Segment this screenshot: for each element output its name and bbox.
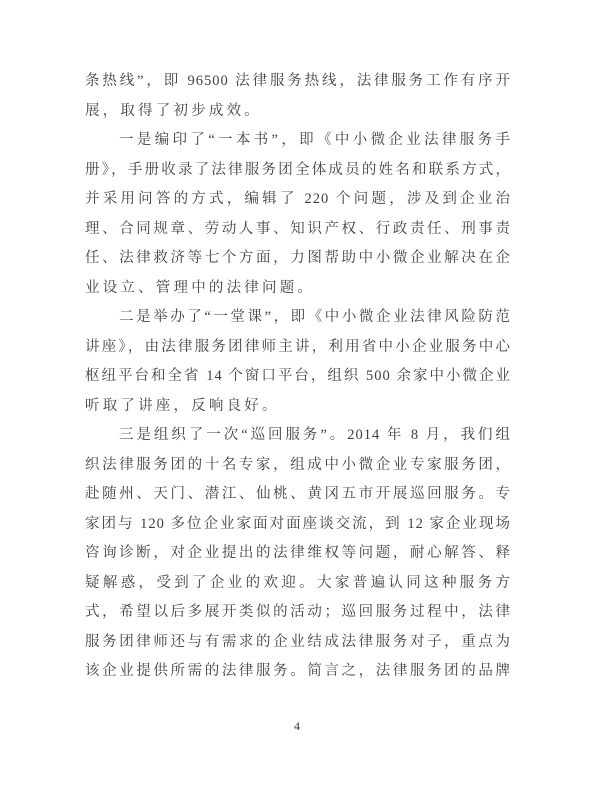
text-line: 咨询诊断，对企业提出的法律维权等问题，耐心解答、释 [85,539,511,569]
text-line: 展，取得了初步成效。 [85,97,511,127]
text-line: 赴随州、天门、潜江、仙桃、黄冈五市开展巡回服务。专 [85,480,511,510]
text-line: 该企业提供所需的法律服务。简言之，法律服务团的品牌 [85,657,511,687]
text-line: 织法律服务团的十名专家，组成中小微企业专家服务团， [85,451,511,481]
page-number: 4 [0,719,594,733]
text-line: 讲座》，由法律服务团律师主讲，利用省中小企业服务中心 [85,333,511,363]
text-line: 二是举办了“一堂课”，即《中小微企业法律风险防范 [85,303,511,333]
text-line: 理、合同规章、劳动人事、知识产权、行政责任、刑事责 [85,215,511,245]
text-line: 家团与 120 多位企业家面对面座谈交流，到 12 家企业现场 [85,510,511,540]
text-line: 服务团律师还与有需求的企业结成法律服务对子，重点为 [85,628,511,658]
text-line: 任、法律救济等七个方面，力图帮助中小微企业解决在企 [85,244,511,274]
text-line: 业设立、管理中的法律问题。 [85,274,511,304]
text-line: 并采用问答的方式，编辑了 220 个问题，涉及到企业治 [85,185,511,215]
document-page: { "colors": { "text": "#3f3f3f", "backgr… [0,0,594,792]
text-line: 式，希望以后多展开类似的活动；巡回服务过程中，法律 [85,598,511,628]
text-block: 条热线”，即 96500 法律服务热线，法律服务工作有序开展，取得了初步成效。一… [85,67,511,687]
text-line: 三是组织了一次“巡回服务”。2014 年 8 月，我们组 [85,421,511,451]
text-line: 册》，手册收录了法律服务团全体成员的姓名和联系方式， [85,156,511,186]
text-line: 一是编印了“一本书”，即《中小微企业法律服务手 [85,126,511,156]
text-line: 听取了讲座，反响良好。 [85,392,511,422]
text-line: 疑解惑，受到了企业的欢迎。大家普遍认同这种服务方 [85,569,511,599]
text-line: 条热线”，即 96500 法律服务热线，法律服务工作有序开 [85,67,511,97]
page-canvas: 条热线”，即 96500 法律服务热线，法律服务工作有序开展，取得了初步成效。一… [0,0,594,792]
text-line: 枢纽平台和全省 14 个窗口平台，组织 500 余家中小微企业 [85,362,511,392]
